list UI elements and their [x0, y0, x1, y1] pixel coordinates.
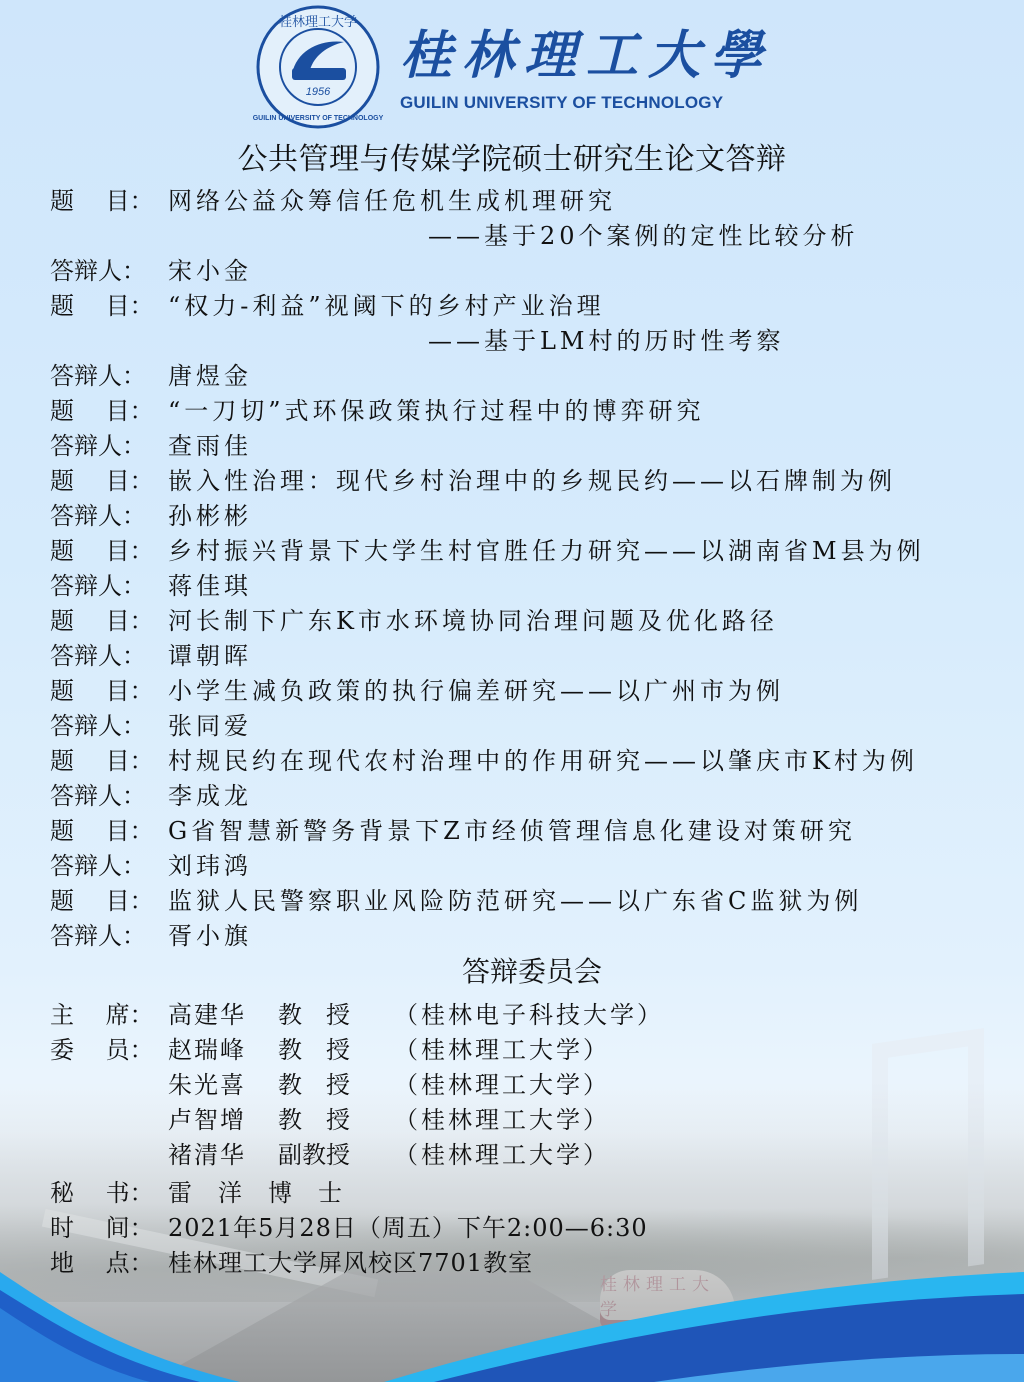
defender-label: 答辩人： [50, 849, 168, 884]
committee-member-row: 委 员： 赵瑞峰 教 授 （桂林理工大学） [50, 1033, 664, 1068]
defender-name: 查雨佳 [168, 429, 252, 464]
member-affiliation: （桂林理工大学） [394, 1103, 610, 1138]
topic-text: 网络公益众筹信任危机生成机理研究 [168, 184, 616, 219]
topic-text: 监狱人民警察职业风险防范研究——以广东省C监狱为例 [168, 884, 862, 919]
defender-label: 答辩人： [50, 779, 168, 814]
defender-name: 孙彬彬 [168, 499, 252, 534]
event-time: 2021年5月28日（周五）下午2:00—6:30 [168, 1211, 648, 1246]
topic-label: 题 目： [50, 814, 168, 849]
defender-name: 刘玮鸿 [168, 849, 252, 884]
defender-label: 答辩人： [50, 499, 168, 534]
topic-label: 题 目： [50, 184, 168, 219]
time-label: 时 间： [50, 1211, 168, 1246]
committee-heading: 答辩委员会 [0, 950, 1024, 990]
member-name: 高建华 [168, 998, 278, 1033]
topic-text: 嵌入性治理：现代乡村治理中的乡规民约——以石牌制为例 [168, 464, 896, 499]
topic-row: 题 目：G省智慧新警务背景下Z市经侦管理信息化建设对策研究 [50, 814, 1024, 849]
defender-row: 答辩人：胥小旗 [50, 919, 1024, 954]
topic-subtitle: ——基于20个案例的定性比较分析 [50, 219, 859, 254]
topic-label: 题 目： [50, 744, 168, 779]
topic-text: “权力-利益”视阈下的乡村产业治理 [168, 289, 605, 324]
defender-row: 答辩人：蒋佳琪 [50, 569, 1024, 604]
defender-row: 答辩人：张同爱 [50, 709, 1024, 744]
svg-text:桂林理工大学: 桂林理工大学 [279, 14, 357, 30]
topic-row: 题 目：网络公益众筹信任危机生成机理研究 [50, 184, 1024, 219]
topic-subtitle-row: ——基于LM村的历时性考察 [50, 324, 1024, 359]
member-name: 褚清华 [168, 1138, 278, 1173]
topic-row: 题 目：村规民约在现代农村治理中的作用研究——以肇庆市K村为例 [50, 744, 1024, 779]
page-title: 公共管理与传媒学院硕士研究生论文答辩 [0, 134, 1024, 178]
topic-text: G省智慧新警务背景下Z市经侦管理信息化建设对策研究 [168, 814, 856, 849]
committee-member-row: 卢智增 教 授 （桂林理工大学） [50, 1103, 664, 1138]
defender-row: 答辩人：刘玮鸿 [50, 849, 1024, 884]
member-label: 委 员： [50, 1033, 168, 1068]
topic-label: 题 目： [50, 604, 168, 639]
university-name-en: GUILIN UNIVERSITY OF TECHNOLOGY [400, 93, 772, 113]
defender-label: 答辩人： [50, 639, 168, 674]
university-name-cn: 桂林理工大學 [400, 21, 772, 91]
topic-label: 题 目： [50, 289, 168, 324]
topic-label: 题 目： [50, 534, 168, 569]
event-info: 秘 书： 雷 洋 博 士 时 间： 2021年5月28日（周五）下午2:00—6… [50, 1176, 648, 1281]
defender-label: 答辩人： [50, 919, 168, 954]
member-rank: 教 授 [278, 1068, 394, 1103]
defender-name: 谭朝晖 [168, 639, 252, 674]
member-rank: 副教授 [278, 1138, 394, 1173]
member-name: 朱光喜 [168, 1068, 278, 1103]
member-name: 卢智增 [168, 1103, 278, 1138]
defender-row: 答辩人：宋小金 [50, 254, 1024, 289]
university-brand: 桂林理工大學 GUILIN UNIVERSITY OF TECHNOLOGY [400, 21, 772, 113]
topic-label: 题 目： [50, 674, 168, 709]
defender-name: 唐煜金 [168, 359, 252, 394]
defender-name: 张同爱 [168, 709, 252, 744]
topic-subtitle: ——基于LM村的历时性考察 [50, 324, 785, 359]
defender-label: 答辩人： [50, 429, 168, 464]
secretary-row: 秘 书： 雷 洋 博 士 [50, 1176, 648, 1211]
defense-list: 题 目：网络公益众筹信任危机生成机理研究 ——基于20个案例的定性比较分析 答辩… [50, 184, 1024, 954]
university-header: 1956 桂林理工大学 GUILIN UNIVERSITY OF TECHNOL… [252, 4, 772, 130]
defender-label: 答辩人： [50, 709, 168, 744]
defender-row: 答辩人：唐煜金 [50, 359, 1024, 394]
committee-list: 主 席： 高建华 教 授 （桂林电子科技大学） 委 员： 赵瑞峰 教 授 （桂林… [50, 998, 664, 1173]
defender-name: 胥小旗 [168, 919, 252, 954]
topic-label: 题 目： [50, 394, 168, 429]
topic-row: 题 目： 嵌入性治理：现代乡村治理中的乡规民约——以石牌制为例 [50, 464, 1024, 499]
committee-member-row: 褚清华 副教授 （桂林理工大学） [50, 1138, 664, 1173]
committee-chair-row: 主 席： 高建华 教 授 （桂林电子科技大学） [50, 998, 664, 1033]
topic-row: 题 目：监狱人民警察职业风险防范研究——以广东省C监狱为例 [50, 884, 1024, 919]
event-place: 桂林理工大学屏风校区7701教室 [168, 1246, 533, 1281]
member-affiliation: （桂林电子科技大学） [394, 998, 664, 1033]
topic-text: 村规民约在现代农村治理中的作用研究——以肇庆市K村为例 [168, 744, 918, 779]
campus-arch-gate [872, 1028, 984, 1280]
topic-row: 题 目：河长制下广东K市水环境协同治理问题及优化路径 [50, 604, 1024, 639]
topic-text: 小学生减负政策的执行偏差研究——以广州市为例 [168, 674, 784, 709]
topic-subtitle-row: ——基于20个案例的定性比较分析 [50, 219, 1024, 254]
member-name: 赵瑞峰 [168, 1033, 278, 1068]
topic-text: “一刀切”式环保政策执行过程中的博弈研究 [168, 394, 705, 429]
time-row: 时 间： 2021年5月28日（周五）下午2:00—6:30 [50, 1211, 648, 1246]
topic-label: 题 目： [50, 884, 168, 919]
chair-label: 主 席： [50, 998, 168, 1033]
member-rank: 教 授 [278, 998, 394, 1033]
member-affiliation: （桂林理工大学） [394, 1033, 610, 1068]
defender-row: 答辩人：查雨佳 [50, 429, 1024, 464]
member-affiliation: （桂林理工大学） [394, 1068, 610, 1103]
defender-label: 答辩人： [50, 569, 168, 604]
committee-member-row: 朱光喜 教 授 （桂林理工大学） [50, 1068, 664, 1103]
defender-name: 李成龙 [168, 779, 252, 814]
member-affiliation: （桂林理工大学） [394, 1138, 610, 1173]
defender-name: 蒋佳琪 [168, 569, 252, 604]
topic-text: 乡村振兴背景下大学生村官胜任力研究——以湖南省M县为例 [168, 534, 925, 569]
topic-label: 题 目： [50, 464, 168, 499]
defender-label: 答辩人： [50, 254, 168, 289]
road [150, 1272, 710, 1382]
place-row: 地 点： 桂林理工大学屏风校区7701教室 [50, 1246, 648, 1281]
university-emblem-icon: 1956 桂林理工大学 GUILIN UNIVERSITY OF TECHNOL… [252, 4, 384, 130]
svg-text:GUILIN UNIVERSITY OF TECHNOLOG: GUILIN UNIVERSITY OF TECHNOLOGY [253, 115, 384, 122]
secretary-label: 秘 书： [50, 1176, 168, 1211]
defender-label: 答辩人： [50, 359, 168, 394]
svg-text:1956: 1956 [306, 86, 331, 98]
defender-row: 答辩人：孙彬彬 [50, 499, 1024, 534]
topic-row: 题 目：小学生减负政策的执行偏差研究——以广州市为例 [50, 674, 1024, 709]
topic-row: 题 目：“一刀切”式环保政策执行过程中的博弈研究 [50, 394, 1024, 429]
defender-row: 答辩人：李成龙 [50, 779, 1024, 814]
place-label: 地 点： [50, 1246, 168, 1281]
defender-name: 宋小金 [168, 254, 252, 289]
topic-row: 题 目：乡村振兴背景下大学生村官胜任力研究——以湖南省M县为例 [50, 534, 1024, 569]
secretary-name: 雷 洋 博 士 [168, 1176, 343, 1211]
member-rank: 教 授 [278, 1033, 394, 1068]
topic-text: 河长制下广东K市水环境协同治理问题及优化路径 [168, 604, 778, 639]
topic-row: 题 目：“权力-利益”视阈下的乡村产业治理 [50, 289, 1024, 324]
defender-row: 答辩人：谭朝晖 [50, 639, 1024, 674]
member-rank: 教 授 [278, 1103, 394, 1138]
